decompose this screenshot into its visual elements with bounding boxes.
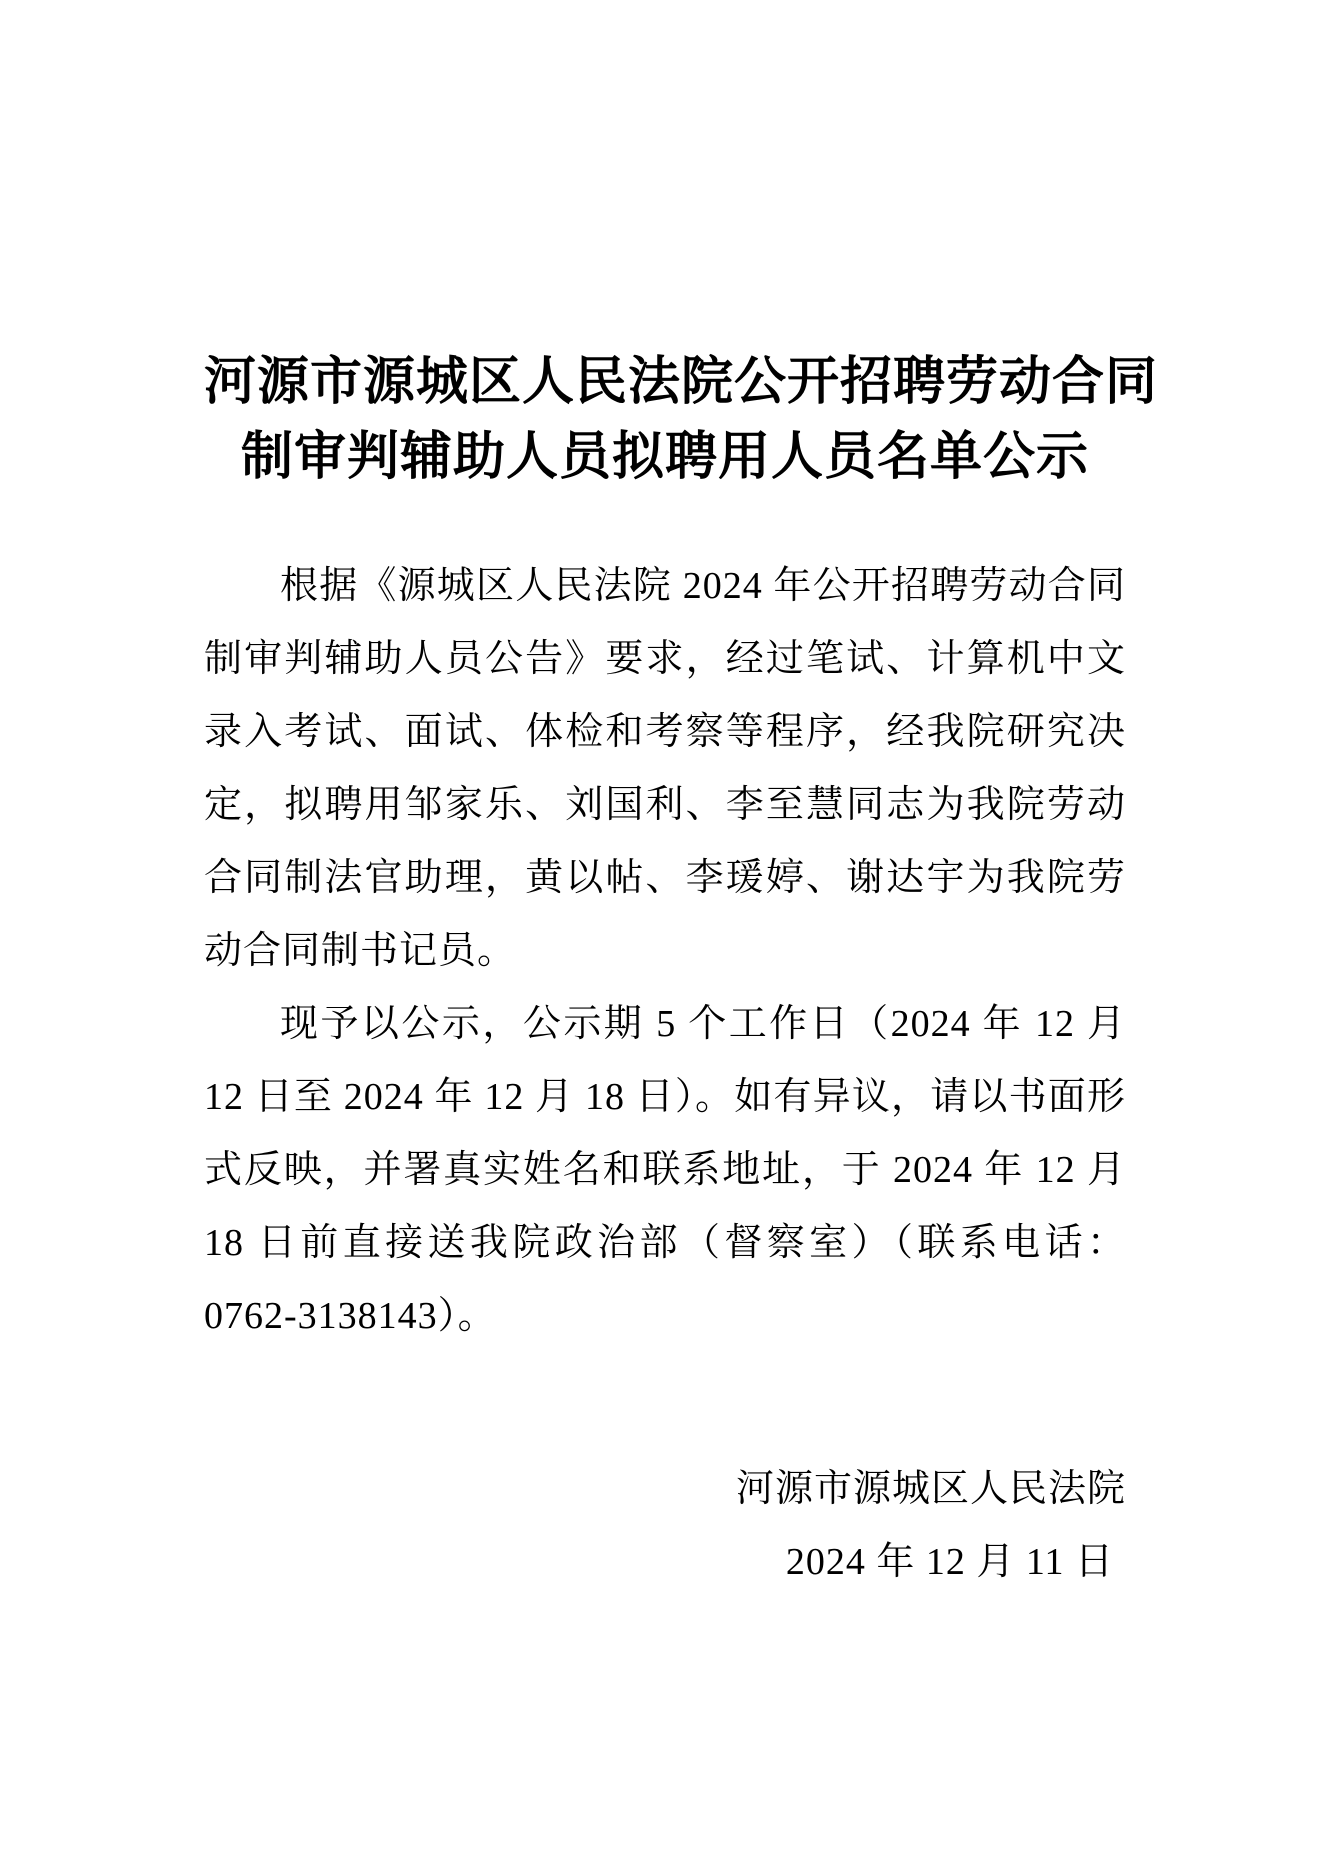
paragraph-publicity-notice: 现予以公示，公示期 5 个工作日（2024 年 12 月 12 日至 2024 … — [204, 988, 1126, 1353]
paragraph-recruitment-result: 根据《源城区人民法院 2024 年公开招聘劳动合同制审判辅助人员公告》要求，经过… — [204, 550, 1126, 988]
document-body: 河源市源城区人民法院公开招聘劳动合同 制审判辅助人员拟聘用人员名单公示 根据《源… — [0, 0, 1322, 1870]
signature-block: 河源市源城区人民法院 2024 年 12 月 11 日 — [204, 1453, 1126, 1599]
announcement-page: 河源市源城区人民法院公开招聘劳动合同 制审判辅助人员拟聘用人员名单公示 根据《源… — [0, 0, 1322, 1870]
signature-date: 2024 年 12 月 11 日 — [204, 1526, 1114, 1599]
title-line-2: 制审判辅助人员拟聘用人员名单公示 — [204, 420, 1126, 495]
document-title: 河源市源城区人民法院公开招聘劳动合同 制审判辅助人员拟聘用人员名单公示 — [204, 345, 1126, 495]
document-paragraphs: 根据《源城区人民法院 2024 年公开招聘劳动合同制审判辅助人员公告》要求，经过… — [204, 550, 1126, 1353]
title-line-1: 河源市源城区人民法院公开招聘劳动合同 — [204, 345, 1126, 420]
signature-organization: 河源市源城区人民法院 — [204, 1453, 1126, 1526]
